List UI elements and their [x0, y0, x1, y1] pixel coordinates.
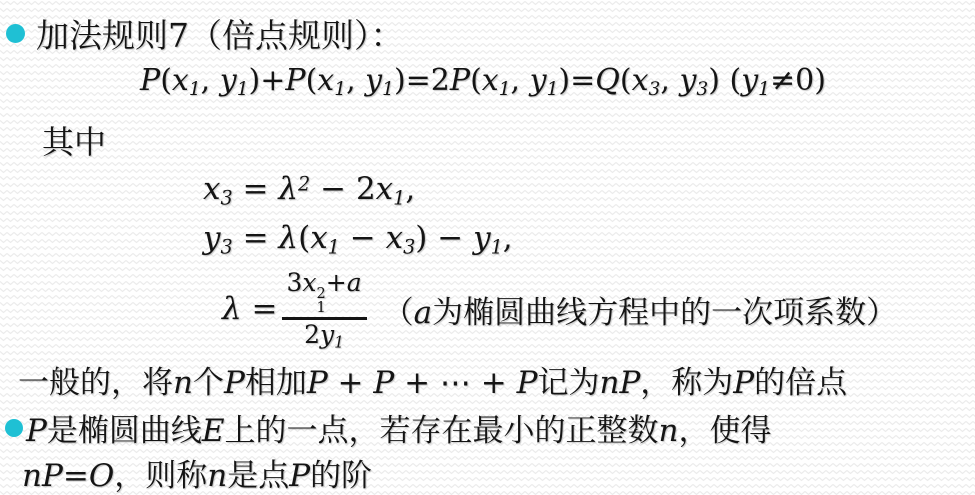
equation-x3: x3 = λ2 − 2x1, [203, 171, 415, 207]
fraction-denominator: 2y1 [304, 320, 344, 349]
multiple-point-definition: 一般的，将n个P相加P + P + ⋯ + P记为nP，称为P的倍点 [18, 357, 847, 402]
equation-lambda: λ = 3x21+a 2y1 （a为椭圆曲线方程中的一次项系数） [222, 270, 897, 348]
lambda-left-hand-side: λ = [222, 291, 278, 327]
bullet-marker [6, 24, 25, 43]
presentation-slide: 加法规则7（倍点规则）： P(x1, y1)+P(x1, y1)=2P(x1, … [0, 0, 975, 495]
point-order-definition-line2: nP=O，则称n是点P的阶 [22, 450, 372, 495]
lambda-fraction: 3x21+a 2y1 [282, 269, 367, 348]
point-doubling-formula: P(x1, y1)+P(x1, y1)=2P(x1, y1)=Q(x3, y3)… [140, 63, 826, 98]
where-label: 其中 [42, 117, 106, 163]
bullet-marker [5, 419, 23, 437]
coefficient-note: （a为椭圆曲线方程中的一次项系数） [383, 287, 897, 332]
point-order-definition-line1: P是椭圆曲线E上的一点，若存在最小的正整数n，使得 [26, 405, 771, 450]
fraction-numerator: 3x21+a [282, 269, 367, 319]
equation-y3: y3 = λ(x1 − x3) − y1, [203, 220, 513, 256]
rule-title: 加法规则7（倍点规则）： [36, 10, 404, 57]
